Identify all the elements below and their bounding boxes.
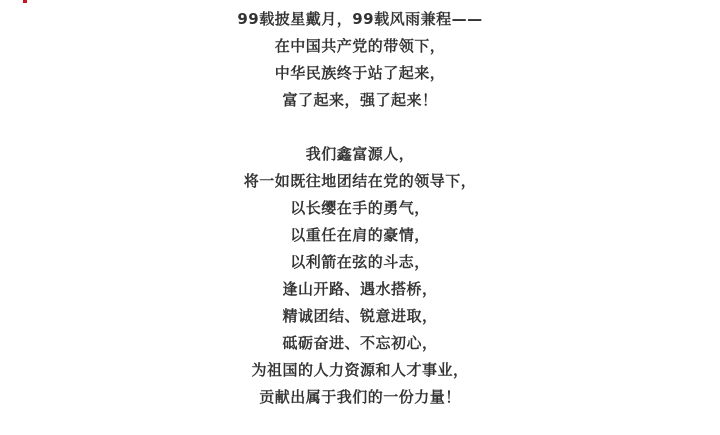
stanza-spacer [0, 114, 720, 141]
poem-line: 精诚团结、锐意进取， [0, 303, 720, 330]
poem-line: 砥砺奋进、不忘初心， [0, 330, 720, 357]
poem-line: 以长缨在手的勇气， [0, 195, 720, 222]
poem-line: 以利箭在弦的斗志， [0, 249, 720, 276]
poem-line: 我们鑫富源人， [0, 141, 720, 168]
poem-line: 中华民族终于站了起来， [0, 60, 720, 87]
poem-line: 99载披星戴月，99载风雨兼程—— [0, 6, 720, 33]
stanza-1: 99载披星戴月，99载风雨兼程—— 在中国共产党的带领下， 中华民族终于站了起来… [0, 6, 720, 114]
poem-line: 逢山开路、遇水搭桥， [0, 276, 720, 303]
stanza-2: 我们鑫富源人， 将一如既往地团结在党的领导下， 以长缨在手的勇气， 以重任在肩的… [0, 141, 720, 411]
poem-line: 贡献出属于我们的一份力量！ [0, 384, 720, 411]
poem-line: 为祖国的人力资源和人才事业， [0, 357, 720, 384]
poem-line: 将一如既往地团结在党的领导下， [0, 168, 720, 195]
poem-block: 99载披星戴月，99载风雨兼程—— 在中国共产党的带领下， 中华民族终于站了起来… [0, 6, 720, 411]
poem-line: 以重任在肩的豪情， [0, 222, 720, 249]
poem-line: 在中国共产党的带领下， [0, 33, 720, 60]
red-accent-mark [23, 0, 27, 3]
poem-line: 富了起来，强了起来！ [0, 87, 720, 114]
